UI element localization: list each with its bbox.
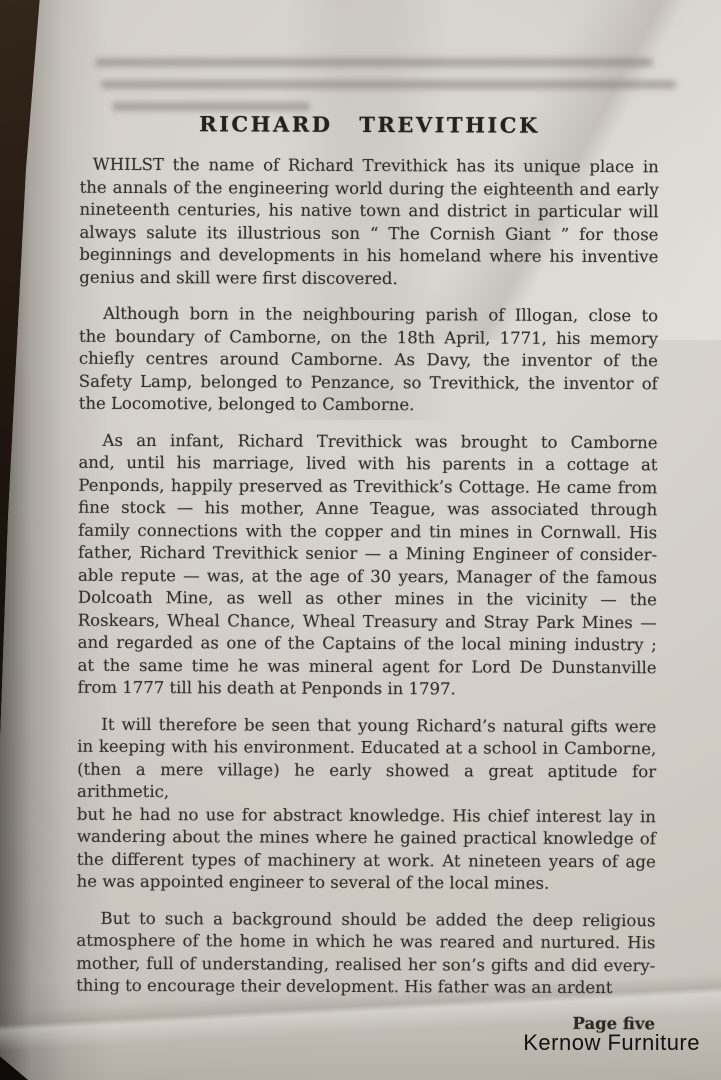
text-line: fine stock — his mother, Anne Teague, wa… bbox=[78, 497, 657, 522]
showthrough-line bbox=[101, 80, 676, 89]
text-line: Roskears, Wheal Chance, Wheal Treasury a… bbox=[78, 609, 657, 634]
text-line: Safety Lamp, belonged to Penzance, so Tr… bbox=[79, 370, 658, 395]
showthrough-line bbox=[95, 58, 653, 67]
text-line: but he had no use for abstract knowledge… bbox=[77, 803, 656, 828]
body-text: WHILST the name of Richard Trevithick ha… bbox=[76, 154, 659, 1000]
text-line: Dolcoath Mine, as well as other mines in… bbox=[78, 587, 657, 612]
paragraph: WHILST the name of Richard Trevithick ha… bbox=[79, 154, 659, 292]
text-line: As an infant, Richard Trevithick was bro… bbox=[79, 429, 658, 454]
text-line: at the same time he was mineral agent fo… bbox=[78, 654, 657, 679]
text-line: Penponds, happily preserved as Trevithic… bbox=[78, 474, 657, 499]
page-title: RICHARD TREVITHICK bbox=[80, 111, 659, 139]
text-line: But to such a background should be added… bbox=[76, 907, 655, 932]
text-line: the different types of machinery at work… bbox=[77, 848, 656, 873]
text-line: chiefly centres around Camborne. As Davy… bbox=[79, 348, 658, 373]
text-line: from 1777 till his death at Penponds in … bbox=[77, 677, 656, 702]
text-line: the annals of the engineering world duri… bbox=[80, 176, 659, 201]
text-line: mother, full of understanding, realised … bbox=[76, 952, 655, 977]
text-line: It will therefore be seen that young Ric… bbox=[77, 713, 656, 738]
text-line: (then a mere village) he early showed a … bbox=[77, 758, 656, 806]
text-line: always salute its illustrious son “ The … bbox=[79, 221, 658, 246]
text-line: Although born in the neighbouring parish… bbox=[79, 303, 658, 328]
text-line: wandering about the mines where he gaine… bbox=[77, 826, 656, 851]
text-line: able repute — was, at the age of 30 year… bbox=[78, 564, 657, 589]
showthrough-line bbox=[112, 102, 310, 111]
text-line: father, Richard Trevithick senior — a Mi… bbox=[78, 542, 657, 567]
text-line: beginnings and developments in his homel… bbox=[79, 244, 658, 269]
text-line: and regarded as one of the Captains of t… bbox=[78, 632, 657, 657]
paper-sheet: RICHARD TREVITHICK WHILST the name of Ri… bbox=[0, 0, 721, 1080]
text-line: and, until his marriage, lived with his … bbox=[78, 452, 657, 477]
text-line: the boundary of Camborne, on the 18th Ap… bbox=[79, 325, 658, 350]
photo-of-book-page: RICHARD TREVITHICK WHILST the name of Ri… bbox=[0, 0, 721, 1080]
text-line: atmosphere of the home in which he was r… bbox=[76, 930, 655, 955]
text-line: family connections with the copper and t… bbox=[78, 519, 657, 544]
text-line: nineteenth centuries, his native town an… bbox=[80, 199, 659, 224]
paragraph: As an infant, Richard Trevithick was bro… bbox=[77, 429, 657, 702]
paragraph: It will therefore be seen that young Ric… bbox=[77, 713, 657, 896]
paragraph: But to such a background should be added… bbox=[76, 907, 655, 1000]
text-line: he was appointed engineer to several of … bbox=[77, 871, 656, 896]
seller-watermark: Kernow Furniture bbox=[523, 1030, 700, 1056]
printed-content: RICHARD TREVITHICK WHILST the name of Ri… bbox=[76, 111, 659, 1033]
text-line: WHILST the name of Richard Trevithick ha… bbox=[80, 154, 659, 179]
text-line: genius and skill were first discovered. bbox=[79, 266, 658, 291]
text-line: thing to encourage their development. Hi… bbox=[76, 975, 655, 1000]
paragraph: Although born in the neighbouring parish… bbox=[79, 303, 658, 418]
text-line: the Locomotive, belonged to Camborne. bbox=[79, 393, 658, 418]
text-line: in keeping with his environment. Educate… bbox=[77, 736, 656, 761]
